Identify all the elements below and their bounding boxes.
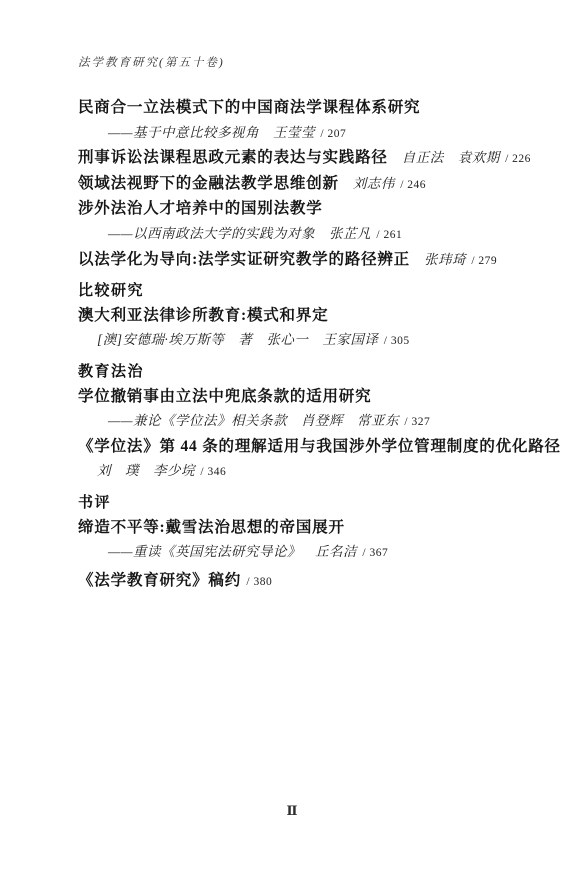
- entry-title: ——基于中意比较多视角: [108, 125, 259, 140]
- entry-page-number: / 246: [397, 179, 426, 191]
- toc-entry: 民商合一立法模式下的中国商法学课程体系研究: [78, 96, 555, 121]
- page-number: Ⅱ: [0, 803, 585, 819]
- entry-authors: 张芷凡: [329, 226, 371, 241]
- toc-entry: 涉外法治人才培养中的国别法教学: [78, 197, 555, 222]
- entry-title: 《学位法》第 44 条的理解适用与我国涉外学位管理制度的优化路径: [78, 438, 561, 455]
- entry-authors: 刘志伟: [353, 176, 395, 191]
- entry-title: 学位撤销事由立法中兜底条款的适用研究: [78, 388, 371, 405]
- entry-title: ——兼论《学位法》相关条款: [108, 413, 287, 428]
- section-heading: 教育法治: [78, 360, 555, 385]
- section-heading: 书评: [78, 491, 555, 516]
- toc-entry: 刑事诉讼法课程思政元素的表达与实践路径自正法 袁欢期 / 226: [78, 146, 555, 172]
- entry-authors: 丘名洁: [315, 544, 357, 559]
- entry-page-number: / 207: [317, 128, 346, 140]
- entry-page-number: / 367: [359, 547, 388, 559]
- entry-title: ——以西南政法大学的实践为对象: [108, 226, 315, 241]
- toc-entry: ——基于中意比较多视角王莹莹 / 207: [78, 121, 555, 147]
- toc-entry: [澳]安德瑞·埃万斯等 著 张心一 王家国译 / 305: [78, 328, 555, 354]
- entry-title: 以法学化为导向:法学实证研究教学的路径辨正: [78, 251, 410, 268]
- toc-entry: 《法学教育研究》稿约 / 380: [78, 569, 555, 595]
- entry-authors: 肖登辉 常亚东: [301, 413, 399, 428]
- entry-authors: [澳]安德瑞·埃万斯等 著 张心一 王家国译: [97, 332, 378, 347]
- toc-entry: 《学位法》第 44 条的理解适用与我国涉外学位管理制度的优化路径: [78, 435, 555, 460]
- entry-authors: 张玮琦: [424, 252, 466, 267]
- entry-title: 民商合一立法模式下的中国商法学课程体系研究: [78, 99, 420, 116]
- entry-page-number: / 279: [468, 255, 497, 267]
- entry-page-number: / 380: [243, 576, 272, 588]
- entry-page-number: / 327: [401, 416, 430, 428]
- book-page: 法学教育研究(第五十卷) 民商合一立法模式下的中国商法学课程体系研究——基于中意…: [0, 0, 585, 869]
- entry-title: 刑事诉讼法课程思政元素的表达与实践路径: [78, 149, 388, 166]
- toc-entry: ——以西南政法大学的实践为对象张芷凡 / 261: [78, 222, 555, 248]
- section-title: 书评: [78, 494, 111, 511]
- entry-title: 领域法视野下的金融法教学思维创新: [78, 175, 339, 192]
- toc-entry: 学位撤销事由立法中兜底条款的适用研究: [78, 385, 555, 410]
- entry-title: 缔造不平等:戴雪法治思想的帝国展开: [78, 519, 345, 536]
- entry-title: 涉外法治人才培养中的国别法教学: [78, 200, 323, 217]
- entry-authors: 王莹莹: [273, 125, 315, 140]
- toc-entry: ——重读《英国宪法研究导论》丘名洁 / 367: [78, 540, 555, 566]
- running-header: 法学教育研究(第五十卷): [78, 54, 225, 70]
- toc-entry: 澳大利亚法律诊所教育:模式和界定: [78, 304, 555, 329]
- toc-entry: ——兼论《学位法》相关条款肖登辉 常亚东 / 327: [78, 409, 555, 435]
- toc-entry: 以法学化为导向:法学实证研究教学的路径辨正张玮琦 / 279: [78, 248, 555, 274]
- toc-entry: 领域法视野下的金融法教学思维创新刘志伟 / 246: [78, 172, 555, 198]
- entry-page-number: / 305: [380, 335, 409, 347]
- entry-page-number: / 226: [502, 153, 531, 165]
- section-heading: 比较研究: [78, 279, 555, 304]
- entry-authors: 刘 璞 李少垸: [97, 463, 195, 478]
- entry-title: ——重读《英国宪法研究导论》: [108, 544, 301, 559]
- toc-entry: 缔造不平等:戴雪法治思想的帝国展开: [78, 516, 555, 541]
- section-title: 比较研究: [78, 282, 144, 299]
- entry-page-number: / 261: [373, 229, 402, 241]
- entry-authors: 自正法 袁欢期: [402, 150, 500, 165]
- entry-title: 《法学教育研究》稿约: [78, 572, 241, 589]
- section-title: 教育法治: [78, 363, 144, 380]
- entry-title: 澳大利亚法律诊所教育:模式和界定: [78, 307, 328, 324]
- entry-page-number: / 346: [197, 466, 226, 478]
- toc-list: 民商合一立法模式下的中国商法学课程体系研究——基于中意比较多视角王莹莹 / 20…: [78, 96, 555, 594]
- toc-entry: 刘 璞 李少垸 / 346: [78, 459, 555, 485]
